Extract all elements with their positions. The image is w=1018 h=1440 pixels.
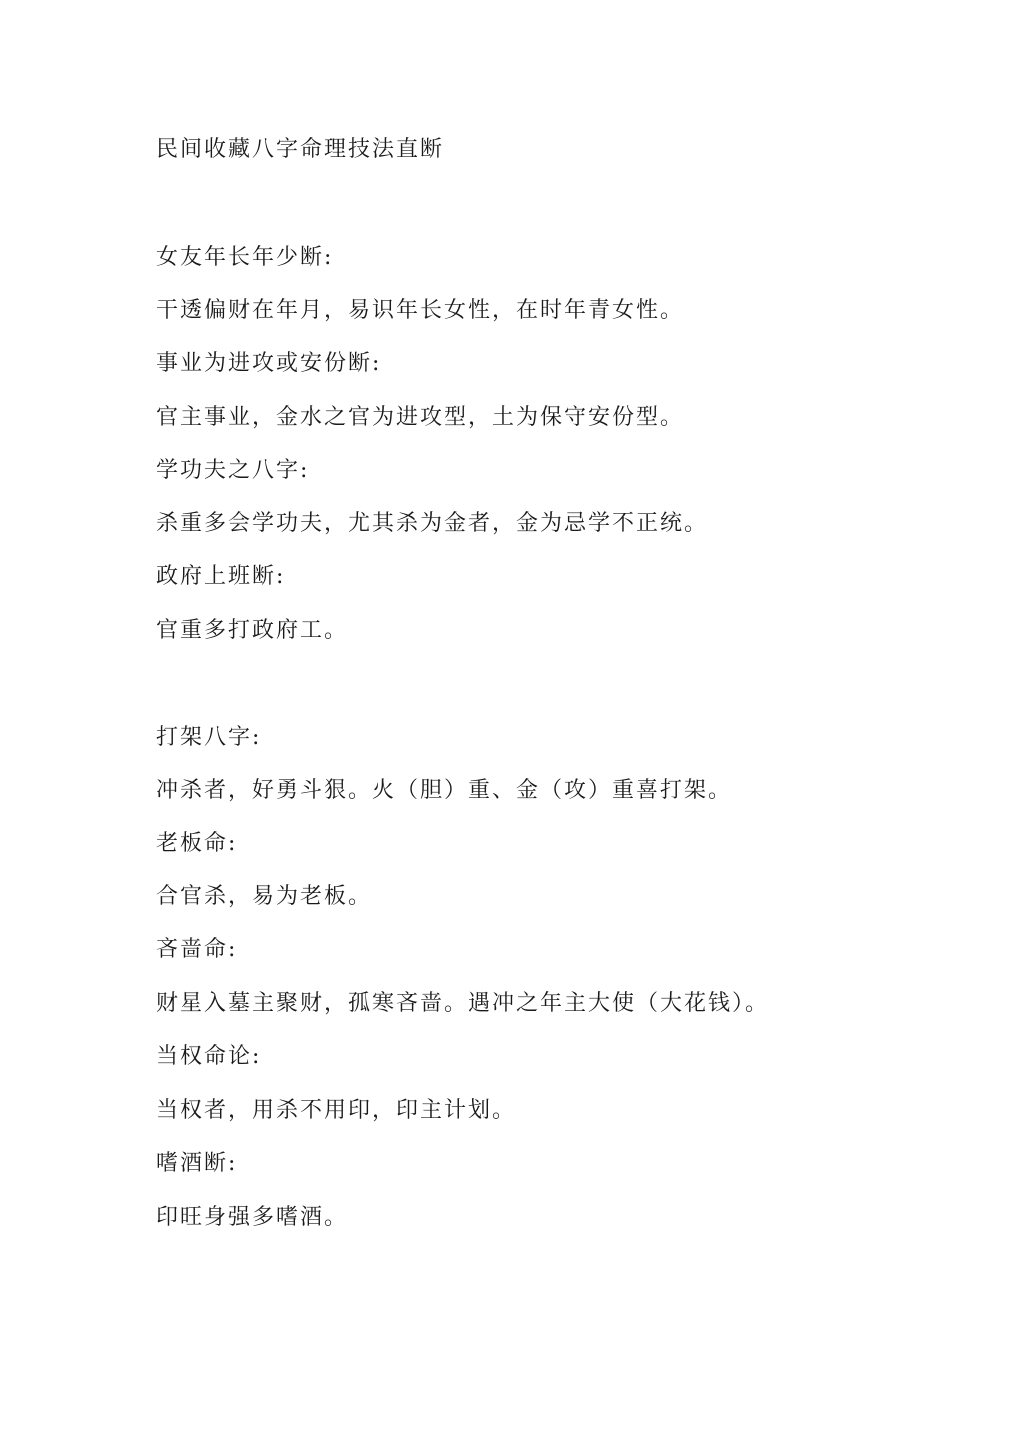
section-body: 官主事业，金水之官为进攻型，土为保守安份型。 xyxy=(156,403,684,433)
section-body: 冲杀者，好勇斗狠。火（胆）重、金（攻）重喜打架。 xyxy=(156,776,732,806)
section-heading: 女友年长年少断: xyxy=(156,243,333,273)
section-body: 印旺身强多嗜酒。 xyxy=(156,1203,348,1233)
document-title: 民间收藏八字命理技法直断 xyxy=(156,135,444,165)
section-body: 当权者，用杀不用印，印主计划。 xyxy=(156,1096,516,1126)
section-heading: 吝啬命: xyxy=(156,935,237,965)
section-body: 财星入墓主聚财，孤寒吝啬。遇冲之年主大使（大花钱）。 xyxy=(156,989,769,1019)
section-heading: 政府上班断: xyxy=(156,562,285,592)
section-heading: 嗜酒断: xyxy=(156,1149,237,1179)
section-body: 干透偏财在年月，易识年长女性，在时年青女性。 xyxy=(156,296,684,326)
section-body: 杀重多会学功夫，尤其杀为金者，金为忌学不正统。 xyxy=(156,509,708,539)
section-body: 官重多打政府工。 xyxy=(156,616,348,646)
section-heading: 学功夫之八字: xyxy=(156,456,309,486)
section-heading: 打架八字: xyxy=(156,723,261,753)
section-heading: 事业为进攻或安份断: xyxy=(156,349,381,379)
document-page: 民间收藏八字命理技法直断 女友年长年少断: 干透偏财在年月，易识年长女性，在时年… xyxy=(0,0,1018,1440)
section-heading: 老板命: xyxy=(156,829,237,859)
section-heading: 当权命论: xyxy=(156,1042,261,1072)
section-body: 合官杀，易为老板。 xyxy=(156,882,372,912)
